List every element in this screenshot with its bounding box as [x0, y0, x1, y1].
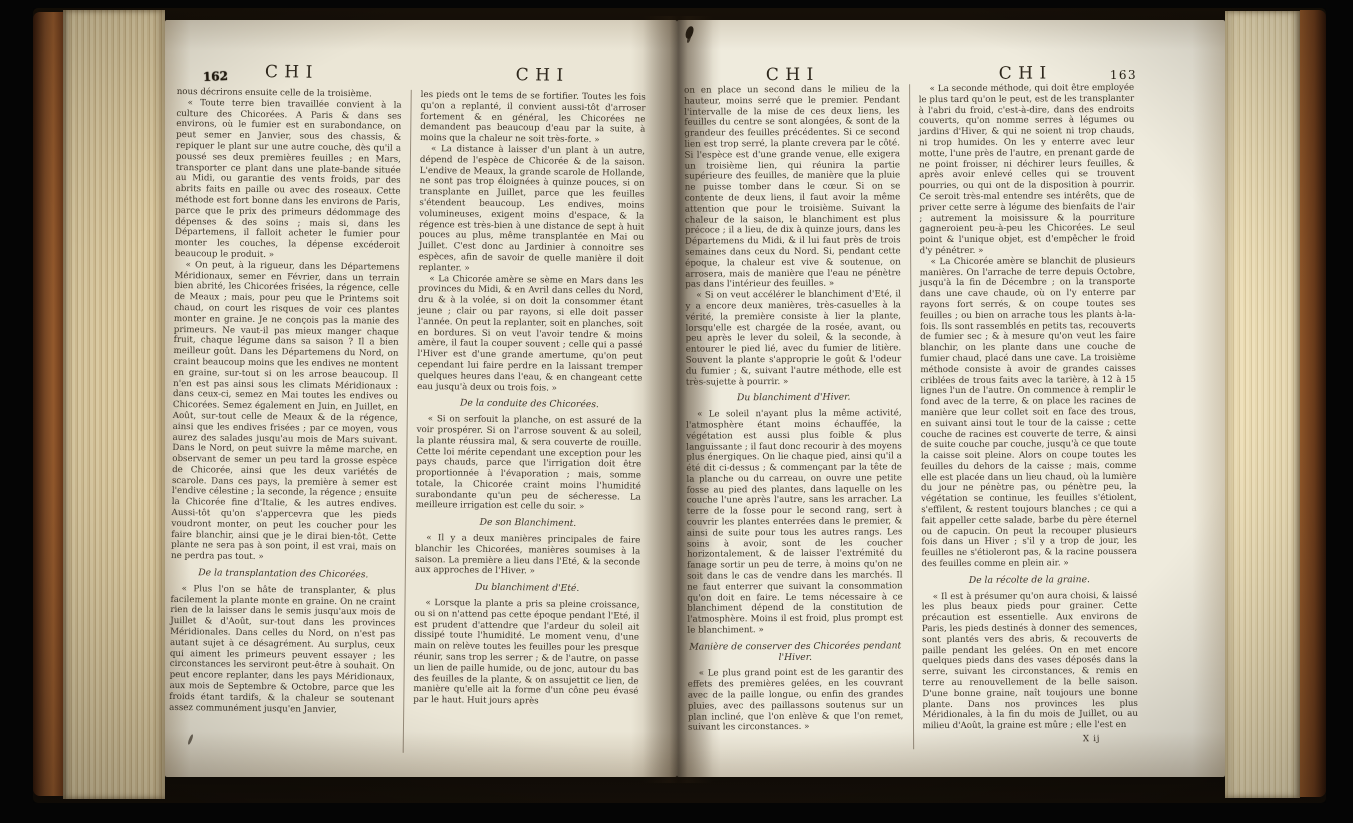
running-head: CHI — [169, 61, 415, 84]
text-column: « La seconde méthode, qui doit être empl… — [909, 83, 1148, 749]
open-book: 162 CHI CHI nous décrirons ensuite celle… — [33, 8, 1326, 803]
paragraph: « Il y a deux manières principales de fa… — [415, 533, 641, 579]
text-column: on en place un second dans le milieu de … — [683, 84, 913, 750]
paragraph: « Plus l'on se hâte de transplanter, & p… — [169, 584, 396, 716]
paragraph: « La distance à laisser d'un plant à un … — [419, 144, 646, 276]
paragraph: « Toute terre bien travaillée convient à… — [175, 98, 402, 263]
section-heading: De la récolte de la graine. — [922, 575, 1138, 587]
right-cover-leather-edge — [1300, 10, 1326, 797]
section-heading: De la transplantation des Chicorées. — [171, 568, 396, 582]
paragraph: « La Chicorée amère se sème en Mars dans… — [417, 274, 643, 396]
paragraph: « Le soleil n'ayant plus la même activit… — [686, 408, 903, 636]
paragraph: « Il est à présumer qu'on aura choisi, &… — [922, 591, 1138, 733]
section-heading: Du blanchiment d'Hiver. — [686, 393, 902, 405]
paragraph: « Lorsque la plante a pris sa pleine cro… — [413, 598, 639, 709]
paragraph-continuation: on en place un second dans le milieu de … — [684, 84, 901, 290]
paragraph: « La seconde méthode, qui doit être empl… — [919, 83, 1136, 257]
paragraph: « La Chicorée amère se blanchit de plusi… — [920, 256, 1137, 570]
right-page-edge-stack — [1225, 11, 1300, 798]
left-cover-leather-edge — [33, 12, 63, 796]
running-head: CHI — [677, 64, 911, 85]
section-heading: Du blanchiment d'Eté. — [415, 582, 640, 596]
right-page-content: CHI CHI 163 on en place un second dans l… — [677, 20, 1225, 777]
paragraph-continuation: les pieds ont le tems de se fortifier. T… — [420, 90, 646, 147]
section-heading: Manière de conserver des Chicorées penda… — [687, 641, 903, 664]
running-head: CHI — [425, 64, 661, 87]
paragraph: « Si on serfouit la planche, on est assu… — [416, 414, 642, 514]
paragraph: « Si on veut accélérer le blanchiment d'… — [685, 289, 901, 387]
page-number-right: 163 — [1110, 68, 1137, 82]
running-head: CHI — [911, 63, 1141, 84]
right-page-columns: on en place un second dans le milieu de … — [683, 83, 1147, 751]
section-heading: De son Blanchiment. — [415, 517, 640, 531]
paragraph: « On peut, à la rigueur, dans les Départ… — [171, 260, 400, 565]
section-heading: De la conduite des Chicorées. — [417, 398, 642, 412]
left-page-columns: nous décrirons ensuite celle de la trois… — [168, 87, 655, 756]
left-page-content: 162 CHI CHI nous décrirons ensuite celle… — [165, 20, 677, 777]
text-column: nous décrirons ensuite celle de la trois… — [168, 87, 411, 753]
text-column: les pieds ont le tems de se fortifier. T… — [403, 90, 655, 756]
paragraph: « Le plus grand point est de les garanti… — [688, 668, 904, 734]
left-page: 162 CHI CHI nous décrirons ensuite celle… — [165, 20, 677, 777]
signature-mark: X ij — [923, 734, 1139, 746]
left-page-edge-stack — [63, 10, 165, 799]
right-page: CHI CHI 163 on en place un second dans l… — [677, 20, 1225, 777]
